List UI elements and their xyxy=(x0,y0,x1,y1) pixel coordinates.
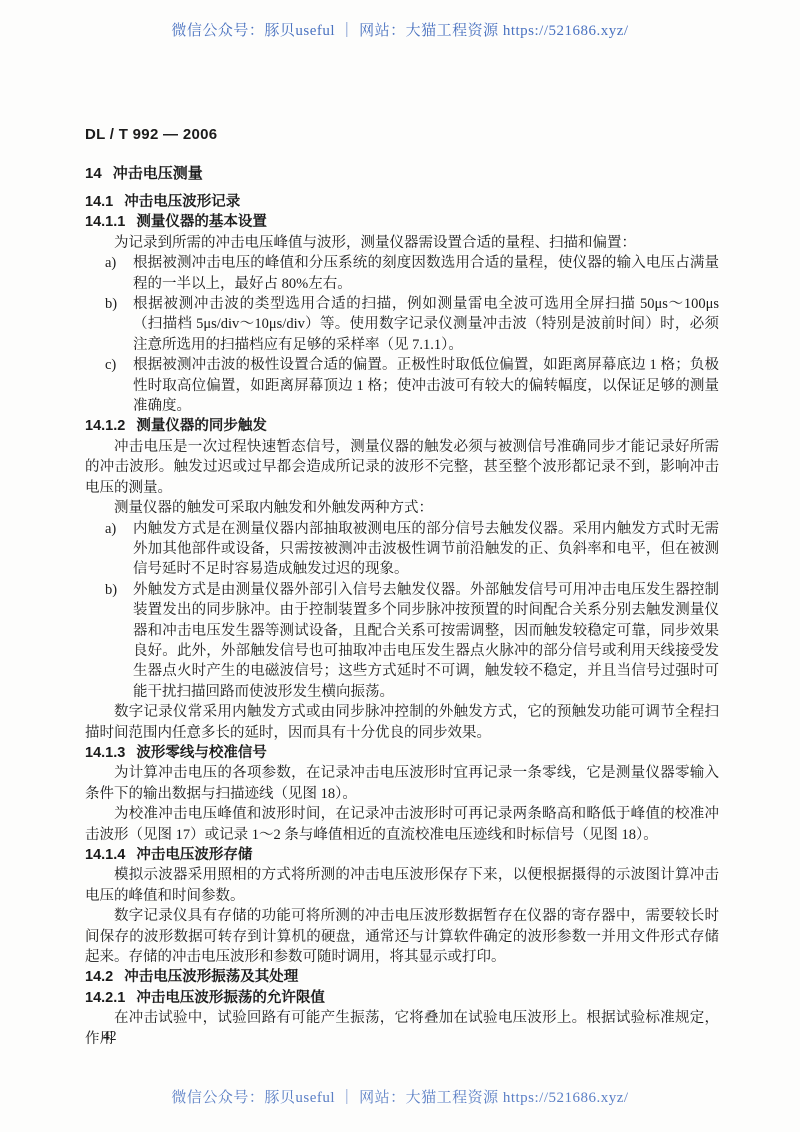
list-item-b: b)外触发方式是由测量仪器外部引入信号去触发仪器。外部触发信号可用冲击电压发生器… xyxy=(85,580,719,702)
heading-number: 14.1.4 xyxy=(85,845,125,865)
list-item-a: a)根据被测冲击电压的峰值和分压系统的刻度因数选用合适的量程，使仪器的输入电压占… xyxy=(85,253,719,294)
heading-number: 14.1.2 xyxy=(85,416,125,436)
paragraph: 数字记录仪常采用内触发方式或由同步脉冲控制的外触发方式，它的预触发功能可调节全程… xyxy=(85,702,719,743)
paragraph: 为计算冲击电压的各项参数，在记录冲击电压波形时宜再记录一条零线，它是测量仪器零输… xyxy=(85,763,719,804)
section-heading-14-1: 14.1冲击电压波形记录 xyxy=(85,192,719,212)
heading-number: 14.1.3 xyxy=(85,743,125,763)
section-heading-14-2: 14.2冲击电压波形振荡及其处理 xyxy=(85,967,719,987)
heading-title: 冲击电压测量 xyxy=(113,165,203,182)
heading-title: 测量仪器的基本设置 xyxy=(136,214,267,230)
heading-number: 14 xyxy=(85,163,102,184)
paragraph: 为校准冲击电压峰值和波形时间，在记录冲击波形时可再记录两条略高和略低于峰值的校准… xyxy=(85,804,719,845)
paragraph: 数字记录仪具有存储的功能可将所测的冲击电压波形数据暂存在仪器的寄存器中，需要较长… xyxy=(85,906,719,967)
heading-title: 冲击电压波形存储 xyxy=(136,847,252,863)
paragraph: 为记录到所需的冲击电压峰值与波形，测量仪器需设置合适的量程、扫描和偏置： xyxy=(85,233,719,253)
paragraph: 在冲击试验中，试验回路有可能产生振荡，它将叠加在试验电压波形上。根据试验标准规定… xyxy=(85,1008,719,1049)
list-item-a: a)内触发方式是在测量仪器内部抽取被测电压的部分信号去触发仪器。采用内触发方式时… xyxy=(85,519,719,580)
list-item-b: b)根据被测冲击波的类型选用合适的扫描，例如测量雷电全波可选用全屏扫描 50μs… xyxy=(85,294,719,355)
document-body: 14冲击电压测量 14.1冲击电压波形记录 14.1.1测量仪器的基本设置 为记… xyxy=(85,163,719,1049)
heading-title: 冲击电压波形振荡及其处理 xyxy=(124,969,298,985)
section-heading-14-1-1: 14.1.1测量仪器的基本设置 xyxy=(85,212,719,232)
heading-number: 14.1.1 xyxy=(85,212,125,232)
heading-title: 波形零线与校准信号 xyxy=(136,745,267,761)
list-item-c: c)根据被测冲击波的极性设置合适的偏置。正极性时取低位偏置，如距离屏幕底边 1 … xyxy=(85,355,719,416)
list-marker: b) xyxy=(105,294,117,314)
paragraph: 冲击电压是一次过程快速暂态信号，测量仪器的触发必须与被测信号准确同步才能记录好所… xyxy=(85,437,719,498)
page-number: 42 xyxy=(103,1028,117,1044)
list-item-text: 根据被测冲击电压的峰值和分压系统的刻度因数选用合适的量程，使仪器的输入电压占满量… xyxy=(133,255,719,291)
list-item-text: 内触发方式是在测量仪器内部抽取被测电压的部分信号去触发仪器。采用内触发方式时无需… xyxy=(133,521,719,578)
list-marker: c) xyxy=(105,355,116,375)
heading-title: 测量仪器的同步触发 xyxy=(136,418,267,434)
list-marker: a) xyxy=(105,253,116,273)
paragraph: 模拟示波器采用照相的方式将所测的冲击电压波形保存下来，以便根据摄得的示波图计算冲… xyxy=(85,865,719,906)
list-marker: b) xyxy=(105,580,117,600)
list-item-text: 根据被测冲击波的极性设置合适的偏置。正极性时取低位偏置，如距离屏幕底边 1 格；… xyxy=(133,357,719,414)
list-item-text: 外触发方式是由测量仪器外部引入信号去触发仪器。外部触发信号可用冲击电压发生器控制… xyxy=(133,582,719,700)
section-heading-14-1-4: 14.1.4冲击电压波形存储 xyxy=(85,845,719,865)
doc-number-header: DL / T 992 — 2006 xyxy=(85,126,217,143)
list-item-text: 根据被测冲击波的类型选用合适的扫描，例如测量雷电全波可选用全屏扫描 50μs～1… xyxy=(133,296,719,353)
section-heading-14: 14冲击电压测量 xyxy=(85,163,719,184)
section-heading-14-2-1: 14.2.1冲击电压波形振荡的允许限值 xyxy=(85,988,719,1008)
list-marker: a) xyxy=(105,519,116,539)
section-heading-14-1-2: 14.1.2测量仪器的同步触发 xyxy=(85,416,719,436)
watermark-bottom: 微信公众号：豚贝useful ｜ 网站：大猫工程资源 https://52168… xyxy=(0,1086,800,1107)
heading-title: 冲击电压波形记录 xyxy=(124,194,240,210)
heading-number: 14.2.1 xyxy=(85,988,125,1008)
section-heading-14-1-3: 14.1.3波形零线与校准信号 xyxy=(85,743,719,763)
heading-title: 冲击电压波形振荡的允许限值 xyxy=(136,990,325,1006)
scanned-document-page: { "watermark": { "top_text": "微信公众号：豚贝us… xyxy=(0,0,800,1132)
paragraph: 测量仪器的触发可采取内触发和外触发两种方式： xyxy=(85,498,719,518)
heading-number: 14.2 xyxy=(85,967,113,987)
heading-number: 14.1 xyxy=(85,192,113,212)
watermark-top: 微信公众号：豚贝useful ｜ 网站：大猫工程资源 https://52168… xyxy=(0,19,800,40)
